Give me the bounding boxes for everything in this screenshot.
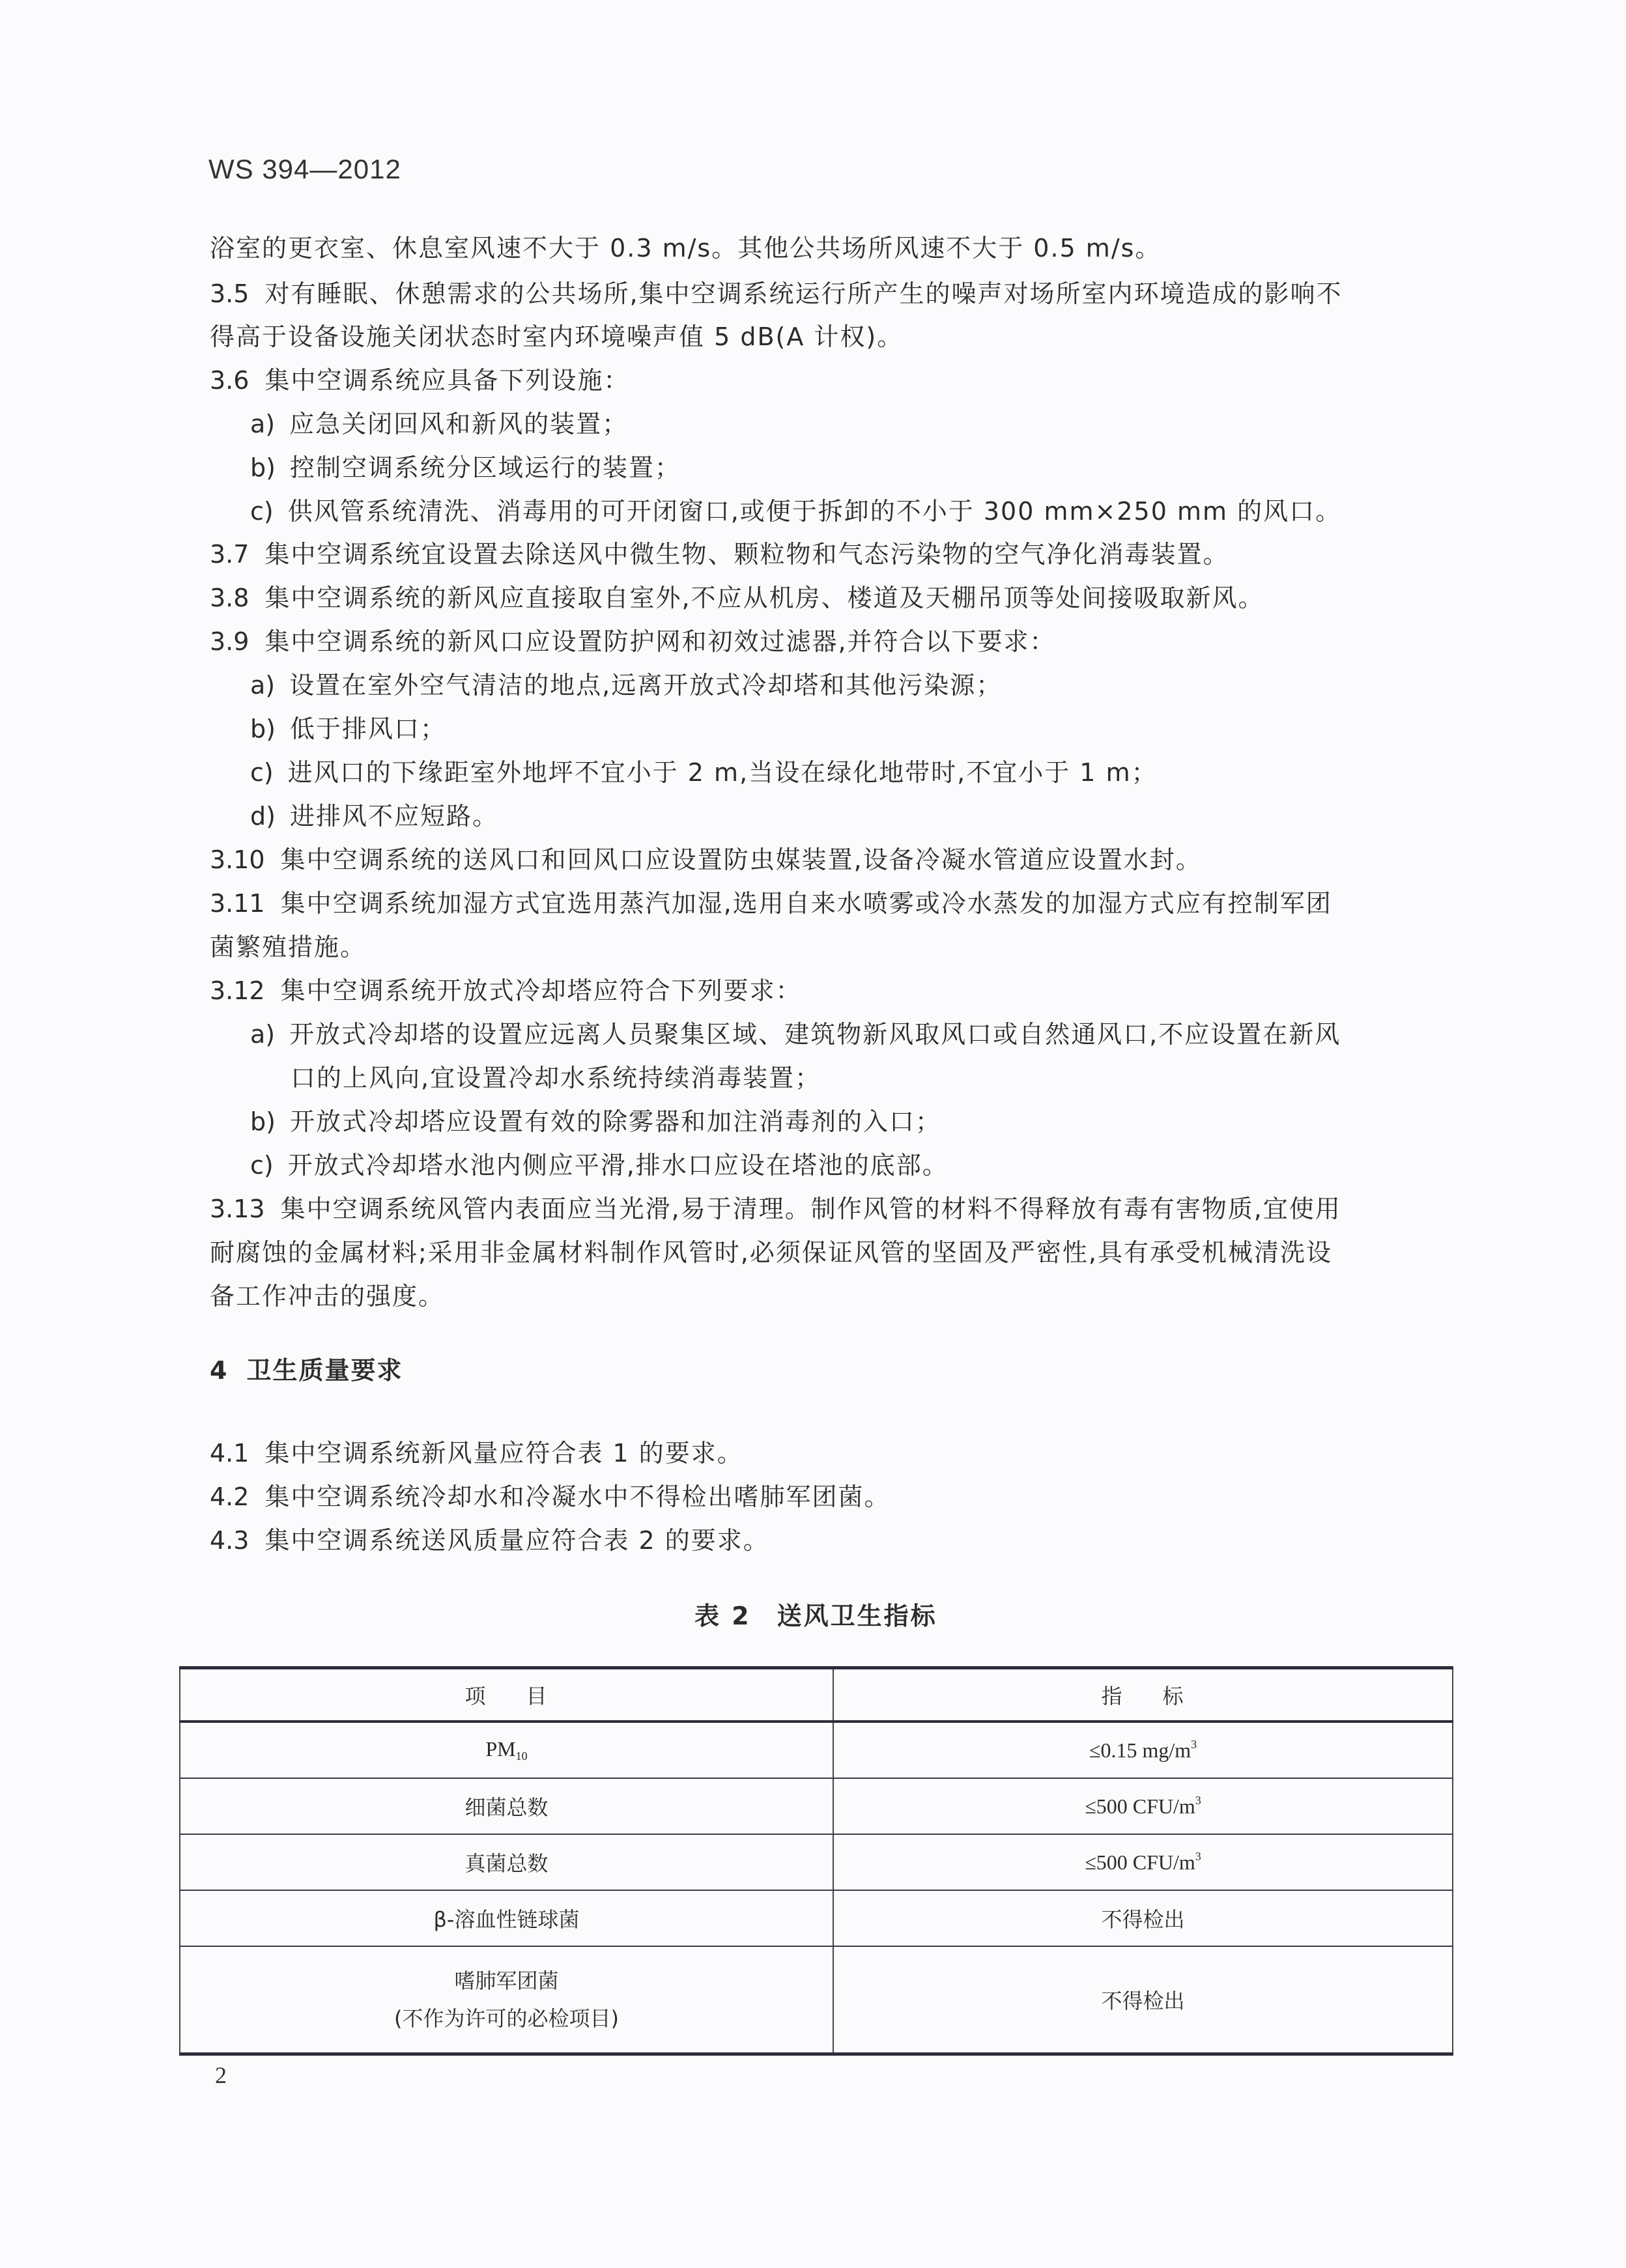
value-text: ≤500 CFU/m [1085,1794,1195,1818]
column-header-value: 指标 [833,1668,1453,1722]
table-row: 嗜肺军团菌 (不作为许可的必检项目) 不得检出 [180,1946,1453,2054]
table-caption-title: 送风卫生指标 [777,1602,937,1630]
line-text: 供风管系统清洗、消毒用的可开闭窗口,或便于拆卸的不小于 300 mm×250 m… [288,497,1341,526]
line-text: 备工作冲击的强度。 [210,1282,444,1311]
clause-number: 4.3 [210,1524,249,1557]
page-number: 2 [215,2062,227,2089]
line-text: 得高于设备设施关闭状态时室内环境噪声值 5 dB(A 计权)。 [210,322,903,351]
paragraph-line: 3.6集中空调系统应具备下列设施： [210,364,629,397]
clause-number: 3.10 [210,843,265,876]
line-text: 集中空调系统宜设置去除送风中微生物、颗粒物和气态污染物的空气净化消毒装置。 [264,540,1229,569]
paragraph-line: a)应急关闭回风和新风的装置； [250,408,628,440]
paragraph-line: 耐腐蚀的金属材料;采用非金属材料制作风管时,必须保证风管的坚固及严密性,具有承受… [210,1236,1332,1269]
clause-number: 3.8 [210,582,249,614]
list-item-letter: a) [250,1018,275,1051]
item-text: PM [485,1737,515,1761]
list-item-letter: b) [250,1105,276,1138]
paragraph-line: c)进风口的下缘距室外地坪不宜小于 2 m,当设在绿化地带时,不宜小于 1 m； [250,756,1158,789]
table-cell-item: 细菌总数 [180,1778,833,1834]
line-text: 集中空调系统的送风口和回风口应设置防虫媒装置,设备冷凝水管道应设置水封。 [281,845,1202,874]
line-text: 开放式冷却塔应设置有效的除雾器和加注消毒剂的入口； [290,1107,941,1136]
clause-number: 3.13 [210,1193,265,1225]
line-text: 集中空调系统送风质量应符合表 2 的要求。 [264,1526,769,1555]
paragraph-line: 3.5对有睡眠、休憩需求的公共场所,集中空调系统运行所产生的噪声对场所室内环境造… [210,277,1343,310]
value-text: ≤500 CFU/m [1085,1850,1195,1874]
line-text: 进排风不应短路。 [290,802,498,830]
paragraph-line: b)开放式冷却塔应设置有效的除雾器和加注消毒剂的入口； [250,1105,941,1138]
item-note: (不作为许可的必检项目) [180,2000,833,2037]
paragraph-line: 3.7集中空调系统宜设置去除送风中微生物、颗粒物和气态污染物的空气净化消毒装置。 [210,538,1229,571]
line-text: 应急关闭回风和新风的装置； [289,410,628,438]
list-item-letter: b) [250,713,276,745]
paragraph-line: c)开放式冷却塔水池内侧应平滑,排水口应设在塔池的底部。 [250,1149,948,1182]
list-item-letter: a) [250,408,275,440]
line-text: 集中空调系统应具备下列设施： [264,366,629,395]
item-text: 嗜肺军团菌 [180,1962,833,2000]
line-text: 进风口的下缘距室外地坪不宜小于 2 m,当设在绿化地带时,不宜小于 1 m； [288,758,1158,787]
paragraph-line: 3.11集中空调系统加湿方式宜选用蒸汽加湿,选用自来水喷雾或冷水蒸发的加湿方式应… [210,887,1332,920]
clause-number: 3.5 [210,277,249,310]
list-item-letter: d) [250,800,276,832]
value-superscript: 3 [1195,1794,1201,1807]
column-header-item: 项目 [180,1668,833,1722]
line-text: 对有睡眠、休憩需求的公共场所,集中空调系统运行所产生的噪声对场所室内环境造成的影… [264,279,1342,308]
paragraph-line: 3.8集中空调系统的新风应直接取自室外,不应从机房、楼道及天棚吊顶等处间接吸取新… [210,582,1264,614]
list-item-letter: c) [250,1149,274,1182]
paragraph-line: 备工作冲击的强度。 [210,1280,444,1312]
line-text: 集中空调系统的新风口应设置防护网和初效过滤器,并符合以下要求： [264,627,1055,656]
line-text: 设置在室外空气清洁的地点,远离开放式冷却塔和其他污染源； [289,671,1002,700]
line-text: 集中空调系统开放式冷却塔应符合下列要求： [281,976,802,1005]
paragraph-line: c)供风管系统清洗、消毒用的可开闭窗口,或便于拆卸的不小于 300 mm×250… [250,495,1341,528]
column-header-item-char1: 项 [464,1684,487,1708]
paragraph-line: a)设置在室外空气清洁的地点,远离开放式冷却塔和其他污染源； [250,669,1002,702]
paragraph-line: 口的上风向,宜设置冷却水系统持续消毒装置； [291,1062,821,1094]
clause-number: 4.2 [210,1481,249,1513]
line-text: 开放式冷却塔的设置应远离人员聚集区域、建筑物新风取风口或自然通风口,不应设置在新… [289,1020,1341,1049]
paragraph-line: 3.10集中空调系统的送风口和回风口应设置防虫媒装置,设备冷凝水管道应设置水封。 [210,843,1202,876]
line-text: 集中空调系统的新风应直接取自室外,不应从机房、楼道及天棚吊顶等处间接吸取新风。 [264,584,1264,612]
table-cell-item: 真菌总数 [180,1834,833,1890]
section-title: 卫生质量要求 [246,1356,403,1385]
table-cell-value: 不得检出 [833,1890,1453,1946]
clause-number: 3.9 [210,625,249,658]
table-cell-item: 嗜肺军团菌 (不作为许可的必检项目) [180,1946,833,2054]
clause-number: 4.1 [210,1437,249,1469]
paragraph-line: 4.1集中空调系统新风量应符合表 1 的要求。 [210,1437,743,1469]
line-text: 集中空调系统冷却水和冷凝水中不得检出嗜肺军团菌。 [264,1482,890,1511]
paragraph-line: b)控制空调系统分区域运行的装置； [250,451,681,484]
value-text: ≤0.15 mg/m [1089,1738,1191,1762]
standard-code: WS 394—2012 [208,154,401,185]
paragraph-line: b)低于排风口； [250,713,446,745]
item-subscript: 10 [516,1750,528,1763]
paragraph-line: 3.9集中空调系统的新风口应设置防护网和初效过滤器,并符合以下要求： [210,625,1056,658]
clause-number: 3.11 [210,887,265,920]
table-cell-item: PM10 [180,1722,833,1778]
table-row: 细菌总数 ≤500 CFU/m3 [180,1778,1453,1834]
list-item-letter: c) [250,756,274,789]
list-item-letter: a) [250,669,275,702]
line-text: 开放式冷却塔水池内侧应平滑,排水口应设在塔池的底部。 [288,1151,948,1180]
line-text: 耐腐蚀的金属材料;采用非金属材料制作风管时,必须保证风管的坚固及严密性,具有承受… [210,1238,1332,1267]
table-row: PM10 ≤0.15 mg/m3 [180,1722,1453,1778]
table-cell-value: ≤500 CFU/m3 [833,1778,1453,1834]
line-text: 浴室的更衣室、休息室风速不大于 0.3 m/s。其他公共场所风速不大于 0.5 … [210,234,1161,262]
clause-number: 3.6 [210,364,249,397]
table-caption-label: 表 2 [694,1602,751,1630]
column-header-value-char2: 标 [1163,1684,1185,1708]
paragraph-line: 3.13集中空调系统风管内表面应当光滑,易于清理。制作风管的材料不得释放有毒有害… [210,1193,1341,1225]
line-text: 控制空调系统分区域运行的装置； [290,453,681,482]
table-cell-item: β-溶血性链球菌 [180,1890,833,1946]
value-superscript: 3 [1191,1738,1197,1751]
line-text: 集中空调系统加湿方式宜选用蒸汽加湿,选用自来水喷雾或冷水蒸发的加湿方式应有控制军… [281,889,1332,918]
table-cell-value: 不得检出 [833,1946,1453,2054]
value-superscript: 3 [1195,1850,1201,1863]
line-text: 集中空调系统新风量应符合表 1 的要求。 [264,1439,743,1467]
table-row: 真菌总数 ≤500 CFU/m3 [180,1834,1453,1890]
table-caption: 表 2送风卫生指标 [694,1596,937,1632]
clause-number: 3.12 [210,974,265,1007]
paragraph-line: 浴室的更衣室、休息室风速不大于 0.3 m/s。其他公共场所风速不大于 0.5 … [210,232,1161,264]
column-header-value-char1: 指 [1101,1684,1123,1708]
supply-air-hygiene-table: 项目 指标 PM10 ≤0.15 mg/m3 细菌总数 ≤500 CFU/m3 … [179,1666,1453,2056]
paragraph-line: d)进排风不应短路。 [250,800,498,832]
table-row: β-溶血性链球菌 不得检出 [180,1890,1453,1946]
paragraph-line: 4.2集中空调系统冷却水和冷凝水中不得检出嗜肺军团菌。 [210,1481,890,1513]
paragraph-line: a)开放式冷却塔的设置应远离人员聚集区域、建筑物新风取风口或自然通风口,不应设置… [250,1018,1341,1051]
paragraph-line: 菌繁殖措施。 [210,931,366,963]
table-header-row: 项目 指标 [180,1668,1453,1722]
line-text: 菌繁殖措施。 [210,933,366,961]
document-page: WS 394—2012 浴室的更衣室、休息室风速不大于 0.3 m/s。其他公共… [0,0,1626,2268]
line-text: 集中空调系统风管内表面应当光滑,易于清理。制作风管的材料不得释放有毒有害物质,宜… [281,1195,1341,1223]
paragraph-line: 4.3集中空调系统送风质量应符合表 2 的要求。 [210,1524,769,1557]
clause-number: 3.7 [210,538,249,571]
table-cell-value: ≤0.15 mg/m3 [833,1722,1453,1778]
section-number: 4 [210,1354,227,1387]
list-item-letter: b) [250,451,276,484]
list-item-letter: c) [250,495,274,528]
table-cell-value: ≤500 CFU/m3 [833,1834,1453,1890]
section-heading: 4卫生质量要求 [210,1354,403,1387]
paragraph-line: 3.12集中空调系统开放式冷却塔应符合下列要求： [210,974,802,1007]
paragraph-line: 得高于设备设施关闭状态时室内环境噪声值 5 dB(A 计权)。 [210,320,903,353]
line-text: 低于排风口； [290,715,446,743]
line-text: 口的上风向,宜设置冷却水系统持续消毒装置； [291,1064,821,1092]
column-header-item-char2: 目 [526,1684,549,1708]
